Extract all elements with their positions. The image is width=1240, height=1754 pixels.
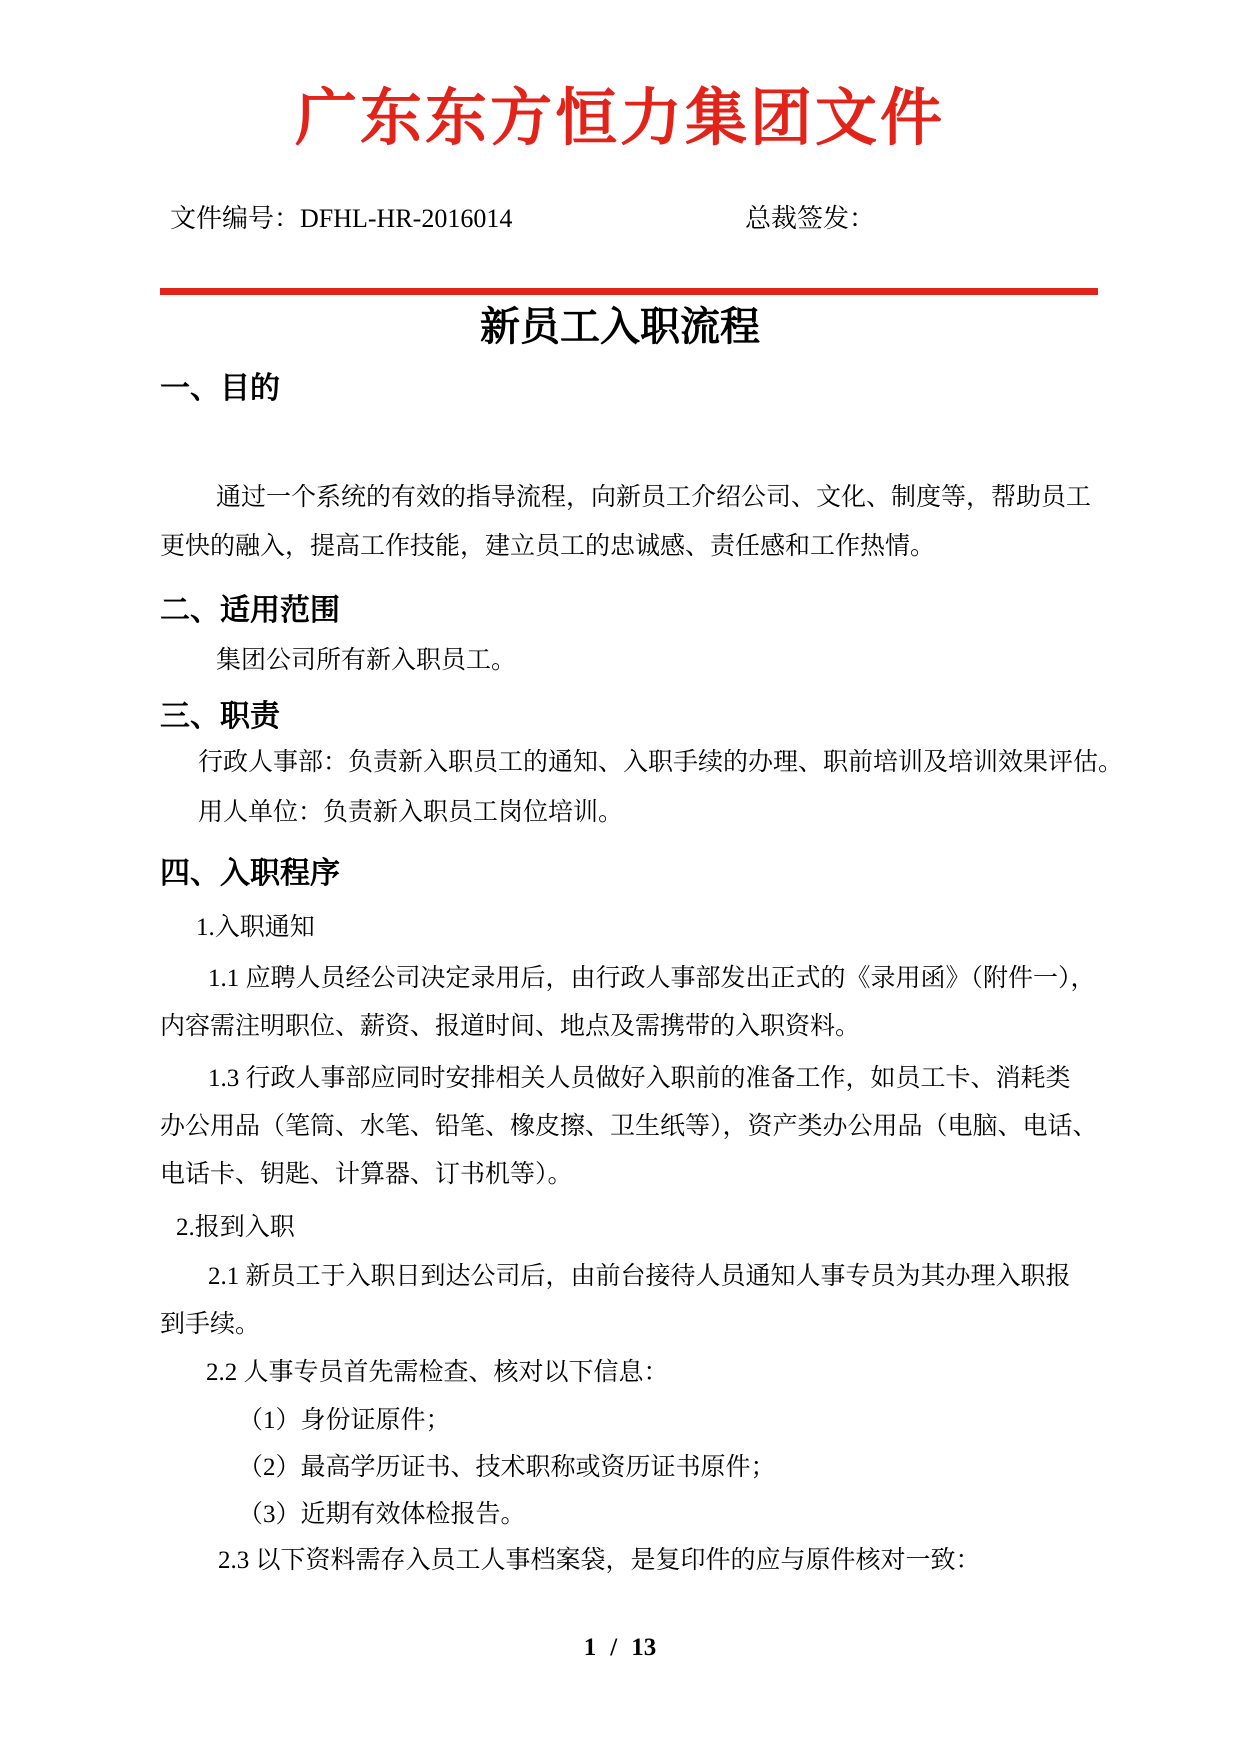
body-line: 通过一个系统的有效的指导流程，向新员工介绍公司、文化、制度等，帮助员工 [216, 482, 1091, 513]
body-line: 用人单位：负责新入职员工岗位培训。 [198, 797, 623, 828]
body-line: 电话卡、钥匙、计算器、订书机等）。 [160, 1159, 573, 1190]
body-line: 内容需注明职位、薪资、报道时间、地点及需携带的入职资料。 [160, 1011, 860, 1042]
body-line: 2.3 以下资料需存入员工人事档案袋，是复印件的应与原件核对一致： [218, 1545, 981, 1576]
body-line: 2.1 新员工于入职日到达公司后，由前台接待人员通知人事专员为其办理入职报 [208, 1261, 1071, 1292]
body-line: 更快的融入，提高工作技能，建立员工的忠诚感、责任感和工作热情。 [160, 531, 935, 562]
document-title: 新员工入职流程 [0, 303, 1240, 351]
body-line: 1.3 行政人事部应同时安排相关人员做好入职前的准备工作，如员工卡、消耗类 [208, 1063, 1071, 1094]
page-separator: / [610, 1634, 617, 1661]
president-sign-label: 总裁签发： [745, 198, 875, 235]
page-total: 13 [631, 1634, 656, 1661]
body-line: 2.2 人事专员首先需检查、核对以下信息： [206, 1357, 669, 1388]
org-title: 广东东方恒力集团文件 [0, 82, 1240, 156]
body-line: 1.入职通知 [196, 912, 315, 943]
section-heading-duties: 三、职责 [160, 698, 280, 736]
doc-number: 文件编号：DFHL-HR-2016014 [170, 198, 512, 235]
section-heading-purpose: 一、目的 [160, 370, 280, 408]
body-line: 2.报到入职 [176, 1212, 295, 1243]
section-heading-scope: 二、适用范围 [160, 592, 340, 630]
page-number: 1/13 [0, 1634, 1240, 1662]
body-line: （2）最高学历证书、技术职称或资历证书原件； [238, 1452, 776, 1483]
document-page: 广东东方恒力集团文件 文件编号：DFHL-HR-2016014 总裁签发： 新员… [0, 0, 1240, 1754]
body-line: （1）身份证原件； [238, 1405, 451, 1436]
body-line: 到手续。 [160, 1309, 260, 1340]
body-line: 办公用品（笔筒、水笔、铅笔、橡皮擦、卫生纸等），资产类办公用品（电脑、电话、 [160, 1111, 1098, 1142]
section-heading-procedure: 四、入职程序 [160, 855, 340, 893]
red-divider-rule [160, 288, 1098, 295]
body-line: 集团公司所有新入职员工。 [216, 645, 516, 676]
body-line: 行政人事部：负责新入职员工的通知、入职手续的办理、职前培训及培训效果评估。 [198, 747, 1123, 778]
page-current: 1 [584, 1634, 597, 1661]
body-line: 1.1 应聘人员经公司决定录用后，由行政人事部发出正式的《录用函》（附件一）， [208, 963, 1096, 994]
body-line: （3）近期有效体检报告。 [238, 1499, 526, 1530]
